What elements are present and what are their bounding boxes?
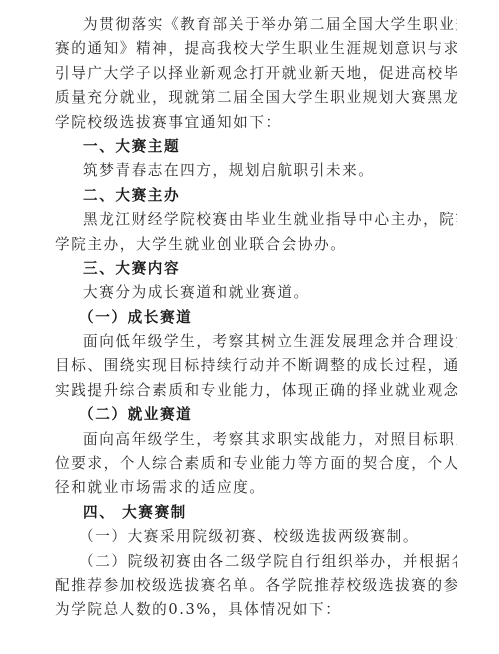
subheading-employment-track: （二）就业赛道 <box>55 403 457 427</box>
employment-line-1: 面向高年级学生，考察其求职实战能力，对照目标职业及岗 <box>55 428 457 452</box>
growth-line-1: 面向低年级学生，考察其树立生涯发展理念并合理设定职业 <box>55 330 457 354</box>
intro-line-1: 为贯彻落实《教育部关于举办第二届全国大学生职业规划大 <box>55 13 457 37</box>
organizer-line-2: 学院主办，大学生就业创业联合会协办。 <box>55 233 457 257</box>
subheading-growth-track: （一）成长赛道 <box>55 306 457 330</box>
section-heading-format: 四、 大赛赛制 <box>55 501 457 525</box>
document-page: 为贯彻落实《教育部关于举办第二届全国大学生职业规划大 赛的通知》精神，提高我校大… <box>55 13 457 623</box>
growth-line-2: 目标、围绕实现目标持续行动并不断调整的成长过程，通过学习 <box>55 354 457 378</box>
section-heading-content: 三、大赛内容 <box>55 257 457 281</box>
intro-line-2: 赛的通知》精神，提高我校大学生职业生涯规划意识与求职能力， <box>55 37 457 61</box>
format-line-2: （二）院级初赛由各二级学院自行组织举办，并根据名额分 <box>55 550 457 574</box>
intro-line-4: 质量充分就业，现就第二届全国大学生职业规划大赛黑龙江财经 <box>55 86 457 110</box>
format-line-3: 配推荐参加校级选拔赛名单。各学院推荐校级选拔赛的参赛人数 <box>55 574 457 598</box>
format-line-4: 为学院总人数的0.3%，具体情况如下： <box>55 598 457 622</box>
employment-line-2: 位要求，个人综合素质和专业能力等方面的契合度，个人发展路 <box>55 452 457 476</box>
growth-line-3: 实践提升综合素质和专业能力，体现正确的择业就业观念。 <box>55 379 457 403</box>
intro-line-3: 引导广大学子以择业新观念打开就业新天地，促进高校毕业生高 <box>55 62 457 86</box>
employment-line-3: 径和就业市场需求的适应度。 <box>55 476 457 500</box>
section-heading-organizer: 二、大赛主办 <box>55 184 457 208</box>
section-heading-theme: 一、大赛主题 <box>55 135 457 159</box>
intro-line-5: 学院校级选拔赛事宜通知如下： <box>55 111 457 135</box>
theme-text: 筑梦青春志在四方，规划启航职引未来。 <box>55 159 457 183</box>
organizer-line-1: 黑龙江财经学院校赛由毕业生就业指导中心主办，院赛由各 <box>55 208 457 232</box>
content-text: 大赛分为成长赛道和就业赛道。 <box>55 281 457 305</box>
format-line-1: （一）大赛采用院级初赛、校级选拔两级赛制。 <box>55 525 457 549</box>
